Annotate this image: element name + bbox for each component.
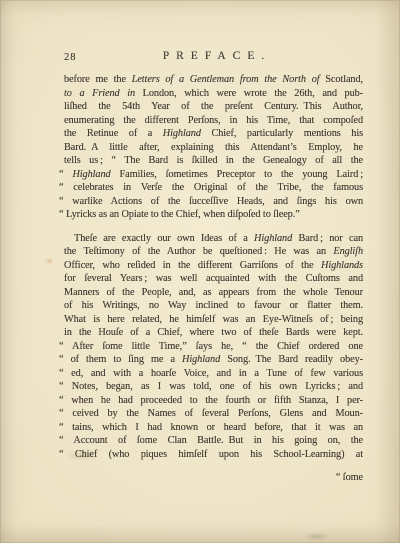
- text-line: “ Lyricks as an Opiate to the Chief, whe…: [64, 208, 363, 222]
- text-line: Theſe are exactly our own Ideas of a Hig…: [64, 232, 363, 246]
- text-line: Officer, who reſided in the different Ga…: [64, 259, 363, 273]
- paragraph: Theſe are exactly our own Ideas of a Hig…: [64, 232, 363, 462]
- text-line: Bard. A little after, explaining this At…: [64, 141, 363, 155]
- text-line: “ celebrates in Verſe the Original of th…: [64, 181, 363, 195]
- text-line: “ ceived by the Names of ſeveral Perſons…: [64, 407, 363, 421]
- text-line: Manners of the People, and, as appears f…: [64, 286, 363, 300]
- text-line: the Retinue of a Highland Chief, particu…: [64, 127, 363, 141]
- text-line: in the Houſe of a Chief, where two of th…: [64, 326, 363, 340]
- italic-text: Highland: [72, 169, 110, 180]
- italic-text: Highland: [254, 233, 292, 244]
- italic-text: Engliſh: [333, 246, 363, 257]
- text-line: to a Friend in London, which were wrote …: [64, 87, 363, 101]
- text-line: “ warlike Actions of the ſucceſſive Head…: [64, 195, 363, 209]
- text-line: “ Account of ſome Clan Battle. But in hi…: [64, 434, 363, 448]
- paper-sheet: 28 PREFACE. before me the Letters of a G…: [0, 0, 400, 543]
- text-line: “ Highland Families, ſometimes Preceptor…: [64, 168, 363, 182]
- italic-text: to a Friend in: [64, 88, 135, 99]
- italic-text: Highland: [182, 354, 220, 365]
- text-line: “ After ſome little Time,” ſays he, “ th…: [64, 340, 363, 354]
- page-text: before me the Letters of a Gentleman fro…: [64, 73, 363, 485]
- italic-text: Highlands: [321, 260, 363, 271]
- running-title: PREFACE.: [64, 50, 363, 62]
- paper-stain: [300, 532, 334, 541]
- text-line: the Teſtimony of the Author be queſtione…: [64, 245, 363, 259]
- text-line: liſhed the 54th Year of the preſent Cent…: [64, 100, 363, 114]
- text-line: enumerating the different Perſons, in hi…: [64, 114, 363, 128]
- text-line: What is here related, he himſelf was an …: [64, 313, 363, 327]
- book-page-scan: { "page": { "number": "28", "header": "P…: [0, 0, 400, 543]
- catchword: “ ſome: [64, 471, 363, 485]
- text-line: “ Chief (who piques himſelf upon his Sch…: [64, 448, 363, 462]
- paper-stain: [44, 257, 55, 265]
- text-line: for ſeveral Years ; was well acquainted …: [64, 272, 363, 286]
- italic-text: Letters of a Gentleman from the North of: [132, 74, 320, 85]
- text-line: tells us ; “ The Bard is ſkilled in the …: [64, 154, 363, 168]
- text-line: “ Notes, began, as I was told, one of hi…: [64, 380, 363, 394]
- page-number: 28: [64, 52, 77, 63]
- paragraph: before me the Letters of a Gentleman fro…: [64, 73, 363, 222]
- text-line: of his Writings, no Way inclined to favo…: [64, 299, 363, 313]
- text-line: “ ed, and with a hoarſe Voice, and in a …: [64, 367, 363, 381]
- text-line: “ when he had proceeded to the fourth or…: [64, 394, 363, 408]
- text-line: “ tains, which I had known or heard befo…: [64, 421, 363, 435]
- text-line: “ of them to ſing me a Highland Song. Th…: [64, 353, 363, 367]
- page-header: 28 PREFACE.: [64, 50, 363, 65]
- text-line: before me the Letters of a Gentleman fro…: [64, 73, 363, 87]
- italic-text: Highland: [163, 128, 201, 139]
